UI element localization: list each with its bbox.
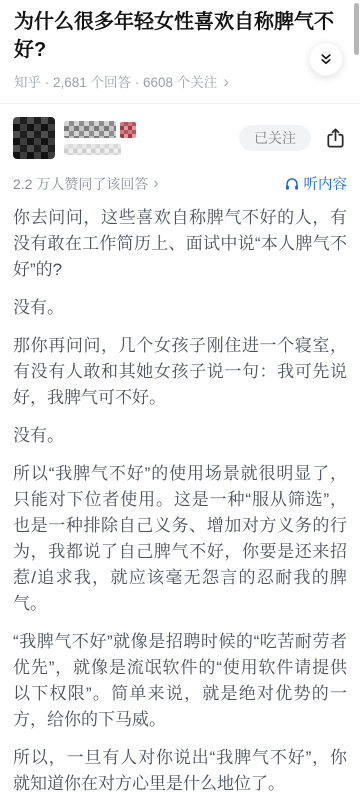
- headphones-icon: [284, 176, 300, 192]
- author-info[interactable]: [64, 121, 239, 155]
- double-chevron-down-icon: [317, 50, 335, 68]
- following-button[interactable]: 已关注: [239, 125, 311, 151]
- question-header: 为什么很多年轻女性喜欢自称脾气不好? 知乎 · 2,681 个回答 · 6608…: [0, 0, 360, 104]
- answer-paragraph: 没有。: [13, 295, 347, 321]
- avatar[interactable]: [13, 117, 55, 159]
- answer-card: 已关注 2.2 万人赞同了该回答 ›: [0, 116, 360, 792]
- upvote-count-text: 2.2 万人赞同了该回答: [13, 174, 148, 194]
- share-button[interactable]: [324, 126, 347, 150]
- answer-paragraph: 所以“我脾气不好”的使用场景就很明显了，只能对下位者使用。这是一种“服从筛选”，…: [13, 461, 347, 617]
- answer-meta-row: 2.2 万人赞同了该回答 › 听内容: [13, 173, 347, 194]
- answer-paragraph: 没有。: [13, 423, 347, 449]
- author-badge-icon: [120, 122, 136, 138]
- answer-paragraph: 那你再问问，几个女孩子刚住进一个寝室，有没有人敢和其她女孩子说一句：我可先说好，…: [13, 333, 347, 411]
- question-meta-text: 知乎 · 2,681 个回答 · 6608 个关注: [14, 71, 217, 91]
- share-icon: [324, 126, 347, 150]
- listen-content-button[interactable]: 听内容: [284, 173, 348, 194]
- author-row: 已关注: [13, 116, 347, 160]
- scrollbar-thumb[interactable]: [354, 3, 359, 55]
- answer-paragraph: 你去问问，这些喜欢自称脾气不好的人，有没有敢在工作简历上、面试中说“本人脾气不好…: [13, 205, 347, 283]
- author-name: [64, 121, 116, 138]
- zhihu-answer-page: 为什么很多年轻女性喜欢自称脾气不好? 知乎 · 2,681 个回答 · 6608…: [0, 0, 360, 792]
- question-title: 为什么很多年轻女性喜欢自称脾气不好?: [14, 8, 346, 64]
- listen-content-label: 听内容: [304, 173, 348, 194]
- answer-paragraph: 所以，一旦有人对你说出“我脾气不好”，你就知道你在对方心里是什么地位了。: [13, 745, 347, 792]
- chevron-right-icon: ›: [223, 75, 229, 88]
- chevron-right-icon: ›: [153, 178, 158, 190]
- upvote-count-link[interactable]: 2.2 万人赞同了该回答 ›: [13, 174, 159, 194]
- answer-body: 你去问问，这些喜欢自称脾气不好的人，有没有敢在工作简历上、面试中说“本人脾气不好…: [13, 205, 347, 792]
- author-headline: [64, 144, 121, 155]
- collapse-question-button[interactable]: [309, 42, 343, 76]
- question-meta[interactable]: 知乎 · 2,681 个回答 · 6608 个关注 ›: [14, 71, 346, 91]
- answer-paragraph: “我脾气不好”就像是招聘时候的“吃苦耐劳者优先”，就像是流氓软件的“使用软件请提…: [13, 629, 347, 733]
